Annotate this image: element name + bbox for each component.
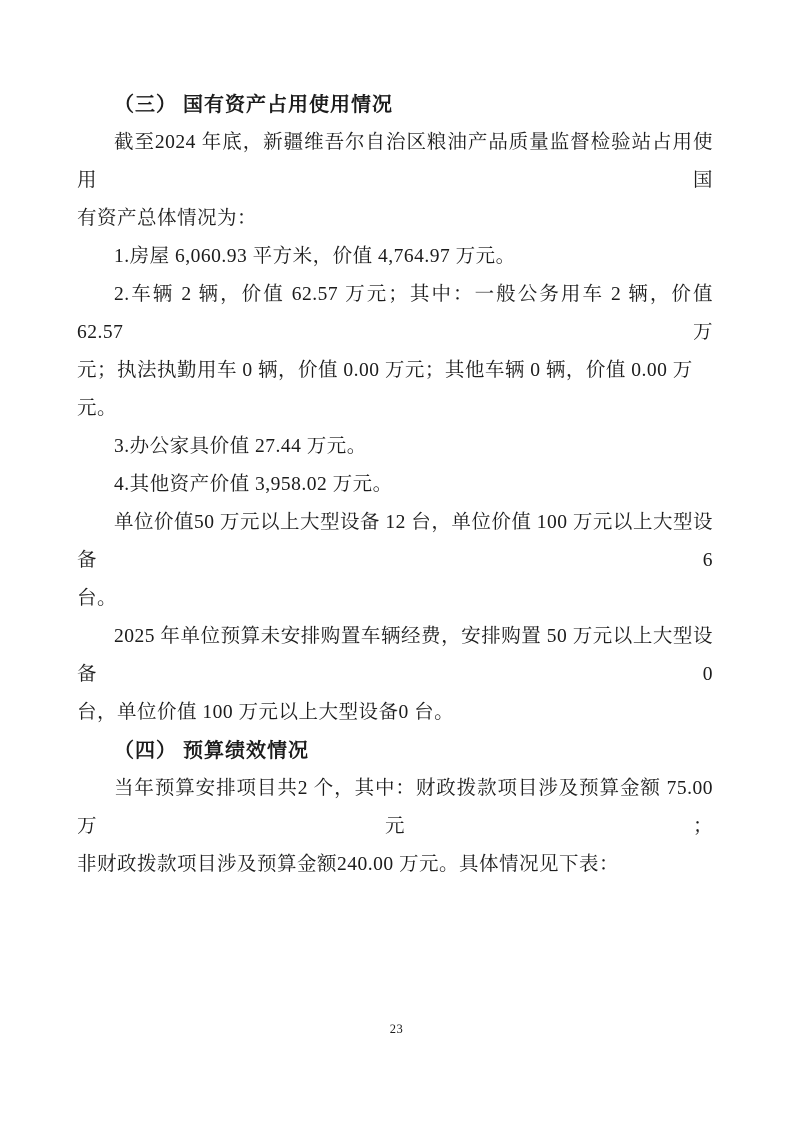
heading-line: （四） 预算绩效情况 (77, 732, 713, 770)
list-item-vehicles: 2.车辆 2 辆，价值 62.57 万元；其中：一般公务用车 2 辆，价值 62… (77, 276, 713, 428)
page-number: 23 (390, 1022, 404, 1036)
paragraph-line: 当年预算安排项目共2 个，其中：财政拨款项目涉及预算金额 75.00 万元； (77, 770, 713, 846)
paragraph-line: 2025 年单位预算未安排购置车辆经费，安排购置 50 万元以上大型设备0 (77, 618, 713, 694)
list-item-housing: 1.房屋 6,060.93 平方米，价值 4,764.97 万元。 (77, 238, 713, 276)
paragraph-line: 台，单位价值 100 万元以上大型设备0 台。 (77, 694, 713, 732)
paragraph-line: 4.其他资产价值 3,958.02 万元。 (77, 466, 713, 504)
paragraph-line: 非财政拨款项目涉及预算金额240.00 万元。具体情况见下表： (77, 846, 713, 884)
paragraph-budget-projects: 当年预算安排项目共2 个，其中：财政拨款项目涉及预算金额 75.00 万元；非财… (77, 770, 713, 884)
section-heading-state-assets: （三） 国有资产占用使用情况 (77, 86, 713, 124)
paragraph-line: 单位价值50 万元以上大型设备 12 台，单位价值 100 万元以上大型设备6 (77, 504, 713, 580)
paragraph-line: 台。 (77, 580, 713, 618)
page-footer: 23 (0, 1020, 793, 1038)
paragraph-line: 元；执法执勤用车 0 辆，价值 0.00 万元；其他车辆 0 辆，价值 0.00… (77, 352, 713, 428)
document-page: （三） 国有资产占用使用情况截至2024 年底，新疆维吾尔自治区粮油产品质量监督… (0, 0, 793, 1122)
paragraph-2025-budget-purchases: 2025 年单位预算未安排购置车辆经费，安排购置 50 万元以上大型设备0台，单… (77, 618, 713, 732)
paragraph-line: 2.车辆 2 辆，价值 62.57 万元；其中：一般公务用车 2 辆，价值 62… (77, 276, 713, 352)
list-item-other-assets: 4.其他资产价值 3,958.02 万元。 (77, 466, 713, 504)
paragraph-line: 截至2024 年底，新疆维吾尔自治区粮油产品质量监督检验站占用使用国 (77, 124, 713, 200)
paragraph-line: 3.办公家具价值 27.44 万元。 (77, 428, 713, 466)
document-body: （三） 国有资产占用使用情况截至2024 年底，新疆维吾尔自治区粮油产品质量监督… (77, 86, 713, 884)
paragraph-assets-intro: 截至2024 年底，新疆维吾尔自治区粮油产品质量监督检验站占用使用国有资产总体情… (77, 124, 713, 238)
paragraph-line: 1.房屋 6,060.93 平方米，价值 4,764.97 万元。 (77, 238, 713, 276)
paragraph-large-equipment: 单位价值50 万元以上大型设备 12 台，单位价值 100 万元以上大型设备6台… (77, 504, 713, 618)
section-heading-budget-performance: （四） 预算绩效情况 (77, 732, 713, 770)
heading-line: （三） 国有资产占用使用情况 (77, 86, 713, 124)
paragraph-line: 有资产总体情况为： (77, 200, 713, 238)
list-item-office-furniture: 3.办公家具价值 27.44 万元。 (77, 428, 713, 466)
